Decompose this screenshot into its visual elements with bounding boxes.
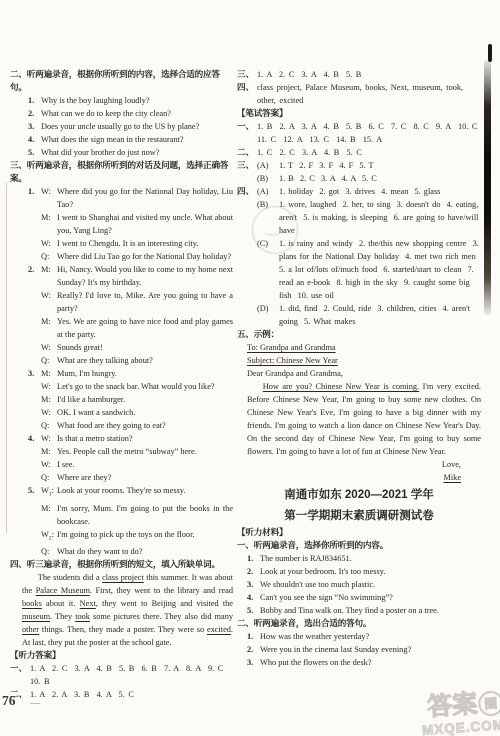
dialogue-line: M:I'm sorry, Mum. I'm going to put the b…	[28, 502, 233, 528]
line-text: 1. A 2. C 3. A 4. B 5. B	[257, 68, 481, 81]
line-text: Dear Grandpa and Grandma,	[247, 369, 343, 378]
item-marker: 2.	[247, 565, 260, 578]
line-text: What can we do to keep the city clean?	[41, 109, 171, 118]
item-marker	[28, 211, 41, 237]
item-marker	[237, 302, 257, 328]
line-text: Why is the boy laughing loudly?	[41, 96, 150, 105]
line-text: I'm sorry, Mum. I'm going to put the boo…	[57, 502, 233, 528]
watermark-brand: 答案 圈	[420, 690, 500, 721]
dialogue-line: W:OK. I want a sandwich.	[28, 406, 233, 419]
dialogue-line: M:Yes. We are going to have nice food an…	[28, 315, 233, 341]
answer-line: (B)1. wore, laughed 2. her, to sing 3. d…	[237, 198, 481, 237]
scanned-answer-page: 二、听两遍录音，根据你所听到的内容，选择合适的应答句。1.Why is the …	[0, 0, 500, 736]
line-text: Love,	[442, 460, 461, 469]
paper-title: 第一学期期末素质调研测试卷	[237, 507, 481, 526]
section-heading: 二、听两遍录音，选出合适的答句。	[237, 617, 481, 630]
line-text: What are they talking about?	[57, 356, 153, 365]
line-text: I'm going to pick up the toys on the flo…	[57, 528, 233, 546]
answer-line: 二、1. A 2. A 3. B 4. A 5. C	[10, 688, 233, 701]
line-text: Is that a metro station?	[57, 434, 133, 443]
letter-signature: Love,	[237, 458, 481, 471]
item-marker: 5.	[28, 484, 41, 502]
line-text: class project, Palace Museum, books, Nex…	[257, 83, 467, 105]
line-text: 1. B 2. C 3. A 4. A 5. C	[279, 174, 377, 183]
dialogue-line: Q:What food are they going to eat?	[28, 419, 233, 432]
line-text: class project	[102, 573, 144, 582]
speaker-label: W:	[41, 380, 57, 393]
speaker-label: M:	[41, 263, 57, 289]
dialogue-line: W:Really? I'd love to, Mike. Are you goi…	[28, 289, 233, 315]
item-marker	[28, 458, 41, 471]
line-text: 1. T 2. F 3. F 4. F 5. T	[279, 161, 374, 170]
speaker-label: W:	[41, 289, 57, 315]
line-text: Who put the flowers on the desk?	[260, 658, 372, 667]
dialogue-line: Q:Where did Liu Tao go for the National …	[28, 250, 233, 263]
line-text: Look at your bedroom. It's too messy.	[260, 565, 481, 578]
letter-signature: Mike	[237, 471, 481, 484]
line-text: 1. is rainy and windy 2. the/this new sh…	[279, 237, 481, 302]
line-text: Next	[80, 599, 96, 608]
line-text: OK. I want a sandwich.	[57, 406, 233, 419]
item-marker: 4.	[28, 133, 41, 146]
speaker-label: M:	[41, 315, 57, 341]
line-text: 1. wore, laughed 2. her, to sing 3. does…	[279, 198, 481, 237]
line-text: things. Then, they made a poster. They w…	[39, 625, 207, 634]
line-text: Where did you go for the National Day ho…	[57, 185, 233, 211]
dialogue-line: M:I went to Shanghai and visited my uncl…	[28, 211, 233, 237]
answer-line: 一、1. B 2. A 3. A 4. B 5. B 6. C 7. C 8. …	[237, 120, 481, 146]
line-text: museum	[22, 612, 50, 621]
line-text: 1. holiday 2. got 3. drives 4. mean 5. g…	[279, 187, 440, 196]
line-text: , they went to Beijing and visited the	[96, 599, 233, 608]
book-gutter-shadow	[484, 60, 491, 315]
answer-line: 三、(A)1. T 2. F 3. F 4. F 5. T	[237, 159, 481, 172]
line-text: I went to Chengdu. It is an interesting …	[57, 237, 233, 250]
paragraph: How are you? Chinese New Year is coming.…	[247, 380, 481, 458]
item-marker	[28, 406, 41, 419]
item-marker: 5.	[247, 604, 260, 617]
item-marker	[28, 354, 41, 367]
line-text: 1. B 2. A 3. A 4. B 5. B 6. C 7. C 8. C …	[257, 120, 481, 146]
dialogue-line: Q:What are they talking about?	[28, 354, 233, 367]
question-line: 3.Does your uncle usually go to the US b…	[28, 120, 233, 133]
line-text: . They	[50, 612, 75, 621]
line-text: I see.	[57, 458, 233, 471]
dialogue-line: 1.W:Where did you go for the National Da…	[28, 185, 233, 211]
line-text: Where are they?	[57, 471, 233, 484]
answer-line: (D)1. did, find 2. Could, ride 3. childr…	[237, 302, 481, 328]
line-text: 二、听两遍录音，选出合适的答句。	[237, 618, 371, 628]
line-text: Does your uncle usually go to the US by …	[41, 120, 233, 133]
page-left-edge-line	[6, 183, 7, 533]
watermark-circle-icon: 圈	[478, 690, 500, 717]
item-marker: 3.	[247, 578, 260, 591]
letter-meta-line: To: Grandpa and Grandma	[247, 341, 481, 354]
answer-line: 一、1. A 2. C 3. A 4. B 5. B 6. B 7. A 8. …	[10, 662, 233, 688]
line-text: What do they want to do?	[57, 545, 233, 558]
speaker-label: Q:	[41, 471, 57, 484]
line-text: Does your uncle usually go to the US by …	[41, 122, 199, 131]
speaker-label: W2:	[41, 528, 57, 546]
answer-line: 四、(A)1. holiday 2. got 3. drives 4. mean…	[237, 185, 481, 198]
item-marker	[28, 393, 41, 406]
sub-marker: (A)	[257, 185, 279, 198]
line-text: The number is RAJ834651.	[260, 552, 481, 565]
line-text: I'd like a hamburger.	[57, 395, 125, 404]
line-text: I'm going to pick up the toys on the flo…	[57, 530, 194, 539]
line-text: Let's go to the snack bar. What would yo…	[57, 382, 215, 391]
line-text: Look at your bedroom. It's too messy.	[260, 567, 385, 576]
line-text: We shouldn't use too much plastic.	[260, 580, 375, 589]
section-heading: 【听力材料】	[237, 526, 481, 539]
letter-salutation: Dear Grandpa and Grandma,	[247, 367, 481, 380]
line-text: The number is RAJ834651.	[260, 554, 352, 563]
left-column: 二、听两遍录音，根据你所听到的内容，选择合适的应答句。1.Why is the …	[10, 68, 233, 701]
item-marker: 5.	[28, 146, 41, 159]
question-line: 3.We shouldn't use too much plastic.	[247, 578, 481, 591]
item-marker	[28, 250, 41, 263]
paragraph: The students did a class project this su…	[22, 571, 233, 649]
sub-marker: (A)	[257, 159, 279, 172]
speaker-label: W:	[41, 237, 57, 250]
line-text: The students did a	[38, 573, 102, 582]
line-text: some pictures there. They also did many	[90, 612, 233, 621]
speaker-label: M:	[41, 211, 57, 237]
line-text: 1. did, find 2. Could, ride 3. children,…	[279, 302, 481, 328]
line-text: 【听力答案】	[10, 650, 60, 660]
line-text: Really? I'd love to, Mike. Are you going…	[57, 291, 233, 313]
line-text: Mum, I'm hungry.	[57, 369, 117, 378]
line-text: Bobby and Tina walk on. They find a post…	[260, 606, 439, 615]
watermark: 答案 圈 MXQE.COM	[420, 690, 500, 736]
line-text: Sounds great!	[57, 343, 103, 352]
line-text: Yes. We are going to have nice food and …	[57, 317, 233, 339]
line-text: 二、听两遍录音，根据你所听到的内容，选择合适的应答句。	[10, 69, 220, 92]
section-heading: 三、听两遍录音，根据你所听到的对话及问题，选择正确答案。	[10, 159, 233, 185]
line-text: I'm very excited. Before Chinese New Yea…	[247, 382, 481, 456]
line-text: Look at your rooms. They're so messy.	[57, 484, 233, 502]
item-marker	[28, 315, 41, 341]
answer-line: 二、1. C 2. C 3. A 4. B 5. C	[237, 146, 481, 159]
item-marker: 三、	[237, 159, 257, 172]
question-line: 1.The number is RAJ834651.	[247, 552, 481, 565]
speaker-label: M:	[41, 445, 57, 458]
item-marker: 2.	[28, 263, 41, 289]
line-text: 1. C 2. C 3. A 4. B 5. C	[257, 148, 362, 157]
right-column: 三、1. A 2. C 3. A 4. B 5. B四、class projec…	[237, 68, 481, 669]
line-text: Mum, I'm hungry.	[57, 367, 233, 380]
dialogue-line: M:Yes. People call the metro “subway” he…	[28, 445, 233, 458]
line-text: 1. is rainy and windy 2. the/this new sh…	[279, 239, 482, 300]
item-marker	[28, 380, 41, 393]
speaker-label: W:	[41, 458, 57, 471]
item-marker: 1.	[247, 552, 260, 565]
item-marker	[28, 237, 41, 250]
line-text: 1. wore, laughed 2. her, to sing 3. does…	[279, 200, 482, 235]
dialogue-line: W2:I'm going to pick up the toys on the …	[28, 528, 233, 546]
dialogue-line: W:Let's go to the snack bar. What would …	[28, 380, 233, 393]
line-text: took	[75, 612, 90, 621]
line-text: Were you in the cinema last Sunday eveni…	[260, 643, 481, 656]
line-text: What are they talking about?	[57, 354, 233, 367]
section-heading: 一、听两遍录音，选择你所听到的内容。	[237, 539, 481, 552]
line-text: How was the weather yesterday?	[260, 632, 369, 641]
answer-line: 四、class project, Palace Museum, books, N…	[237, 81, 481, 107]
question-line: 5.Bobby and Tina walk on. They find a po…	[247, 604, 481, 617]
item-marker: 一、	[237, 120, 257, 146]
line-text: 四、听三遍录音，根据你所听到的短文，填入所缺单词。	[10, 559, 220, 569]
line-text: 1. A 2. C 3. A 4. B 5. B 6. B 7. A 8. A …	[30, 664, 231, 686]
item-marker: 2.	[247, 643, 260, 656]
line-text: Subject: Chinese New Year	[247, 356, 338, 365]
item-marker	[28, 289, 41, 315]
item-marker: 四、	[237, 81, 257, 107]
page-number-dash: —	[30, 698, 40, 709]
page-number: 76	[2, 693, 16, 709]
speaker-label: M:	[41, 502, 57, 528]
dialogue-line: 3.M:Mum, I'm hungry.	[28, 367, 233, 380]
line-text: Were you in the cinema last Sunday eveni…	[260, 645, 411, 654]
line-text: 1. B 2. C 3. A 4. A 5. C	[279, 172, 481, 185]
line-text: What can we do to keep the city clean?	[41, 107, 233, 120]
answer-line: (B)1. B 2. C 3. A 4. A 5. C	[237, 172, 481, 185]
line-text: other	[22, 625, 39, 634]
line-text: Yes. People call the metro “subway” here…	[57, 445, 233, 458]
line-text: excited	[207, 625, 231, 634]
item-marker: 1.	[28, 94, 41, 107]
speaker-label: W1:	[41, 484, 57, 502]
speaker-label: W:	[41, 432, 57, 445]
line-text: Where are they?	[57, 473, 111, 482]
question-line: 2.Look at your bedroom. It's too messy.	[247, 565, 481, 578]
item-marker	[28, 545, 41, 558]
line-text: How are you? Chinese New Year is coming.	[263, 382, 419, 391]
speaker-label: Q:	[41, 545, 57, 558]
dialogue-line: Q:Where are they?	[28, 471, 233, 484]
item-marker	[28, 445, 41, 458]
line-text: 【听力材料】	[237, 527, 287, 537]
line-text: What did your brother do just now?	[41, 146, 233, 159]
sub-marker: (C)	[257, 237, 279, 302]
line-text: OK. I want a sandwich.	[57, 408, 135, 417]
item-marker: 3.	[28, 120, 41, 133]
line-text: 【笔试答案】	[237, 108, 287, 118]
speaker-label: Q:	[41, 419, 57, 432]
line-text: I see.	[57, 460, 75, 469]
question-line: 1.How was the weather yesterday?	[247, 630, 481, 643]
section-heading: 五、示例：	[237, 328, 481, 341]
speaker-label: M:	[41, 367, 57, 380]
sub-marker: (B)	[257, 172, 279, 185]
line-text: I went to Shanghai and visited my uncle.…	[57, 211, 233, 237]
answer-line: 三、1. A 2. C 3. A 4. B 5. B	[237, 68, 481, 81]
item-marker	[237, 172, 257, 185]
line-text: Where did you go for the National Day ho…	[57, 187, 233, 209]
line-text: 五、示例：	[237, 329, 279, 339]
line-text: 1. holiday 2. got 3. drives 4. mean 5. g…	[279, 185, 481, 198]
line-text: 1. B 2. A 3. A 4. B 5. B 6. C 7. C 8. C …	[257, 122, 485, 144]
line-text: Bobby and Tina walk on. They find a post…	[260, 604, 481, 617]
line-text: Can't you see the sign “No swimming”?	[260, 593, 393, 602]
line-text: about it.	[42, 599, 80, 608]
line-text: Where did Liu Tao go for the National Da…	[57, 252, 231, 261]
question-line: 4.Can't you see the sign “No swimming”?	[247, 591, 481, 604]
section-heading: 二、听两遍录音，根据你所听到的内容，选择合适的应答句。	[10, 68, 233, 94]
line-text: 1. A 2. C 3. A 4. B 5. B	[257, 70, 361, 79]
question-line: 4.What does the sign mean in the restaur…	[28, 133, 233, 146]
line-text: Let's go to the snack bar. What would yo…	[57, 380, 233, 393]
line-text: 一、听两遍录音，选择你所听到的内容。	[237, 540, 388, 550]
line-text: I'm sorry, Mum. I'm going to put the boo…	[57, 504, 233, 526]
question-line: 1.Why is the boy laughing loudly?	[28, 94, 233, 107]
line-text: What food are they going to eat?	[57, 419, 233, 432]
item-marker	[28, 341, 41, 354]
line-text: 1. C 2. C 3. A 4. B 5. C	[257, 146, 481, 159]
item-marker: 三、	[237, 68, 257, 81]
dialogue-line: W:Sounds great!	[28, 341, 233, 354]
item-marker	[28, 502, 41, 528]
dialogue-line: 4.W:Is that a metro station?	[28, 432, 233, 445]
line-text: What does the sign mean in the restauran…	[41, 133, 233, 146]
line-text: I went to Chengdu. It is an interesting …	[57, 239, 198, 248]
line-text: We shouldn't use too much plastic.	[260, 578, 481, 591]
item-marker: 3.	[247, 656, 260, 669]
line-text: Really? I'd love to, Mike. Are you going…	[57, 289, 233, 315]
line-text: . First, they went to the library and re…	[90, 586, 233, 595]
line-text: Yes. People call the metro “subway” here…	[57, 447, 197, 456]
line-text: Look at your rooms. They're so messy.	[57, 486, 185, 495]
line-text: 1. A 2. A 3. B 4. A 5. C	[30, 690, 134, 699]
section-heading: 【笔试答案】	[237, 107, 481, 120]
line-text: Why is the boy laughing loudly?	[41, 94, 233, 107]
item-marker: 2.	[28, 107, 41, 120]
item-marker	[28, 528, 41, 546]
line-text: Where did Liu Tao go for the National Da…	[57, 250, 233, 263]
line-text: 三、听两遍录音，根据你所听到的对话及问题，选择正确答案。	[10, 160, 228, 183]
question-line: 3.Who put the flowers on the desk?	[247, 656, 481, 669]
line-text: Sounds great!	[57, 341, 233, 354]
line-text: What does the sign mean in the restauran…	[41, 135, 184, 144]
item-marker: 1.	[247, 630, 260, 643]
question-line: 2.Were you in the cinema last Sunday eve…	[247, 643, 481, 656]
line-text: Is that a metro station?	[57, 432, 233, 445]
line-text: Who put the flowers on the desk?	[260, 656, 481, 669]
line-text: What do they want to do?	[57, 547, 142, 556]
line-text: What did your brother do just now?	[41, 148, 159, 157]
item-marker	[28, 419, 41, 432]
line-text: I'd like a hamburger.	[57, 393, 233, 406]
item-marker: 1.	[28, 185, 41, 211]
line-text: 1. A 2. A 3. B 4. A 5. C	[30, 688, 233, 701]
line-text: To: Grandpa and Grandma	[247, 343, 336, 352]
line-text: Can't you see the sign “No swimming”?	[260, 591, 481, 604]
item-marker: 3.	[28, 367, 41, 380]
line-text: Hi, Nancy. Would you like to come to my …	[57, 263, 233, 289]
sub-marker: (B)	[257, 198, 279, 237]
line-text: Palace Museum	[36, 586, 90, 595]
dialogue-line: W:I went to Chengdu. It is an interestin…	[28, 237, 233, 250]
line-text: 1. T 2. F 3. F 4. F 5. T	[279, 159, 481, 172]
dialogue-line: 5.W1:Look at your rooms. They're so mess…	[28, 484, 233, 502]
dialogue-line: Q:What do they want to do?	[28, 545, 233, 558]
line-text: Mike	[443, 473, 461, 482]
item-marker	[237, 237, 257, 302]
speaker-label: W:	[41, 185, 57, 211]
item-marker: 四、	[237, 185, 257, 198]
line-text: 1. did, find 2. Could, ride 3. children,…	[279, 304, 473, 326]
section-heading: 【听力答案】	[10, 649, 233, 662]
line-text: class project, Palace Museum, books, Nex…	[257, 81, 481, 107]
line-text: books	[22, 599, 42, 608]
line-text: I went to Shanghai and visited my uncle.…	[57, 213, 233, 235]
sub-marker: (D)	[257, 302, 279, 328]
item-marker: 一、	[10, 662, 30, 688]
item-marker: 4.	[247, 591, 260, 604]
line-text: Yes. We are going to have nice food and …	[57, 315, 233, 341]
question-line: 5.What did your brother do just now?	[28, 146, 233, 159]
line-text: 1. A 2. C 3. A 4. B 5. B 6. B 7. A 8. A …	[30, 662, 233, 688]
line-text: 第一学期期末素质调研测试卷	[284, 510, 434, 522]
line-text: What food are they going to eat?	[57, 421, 166, 430]
line-text: 南通市如东 2020—2021 学年	[284, 489, 434, 501]
item-marker: 4.	[28, 432, 41, 445]
watermark-brand-text: 答案	[427, 691, 479, 719]
section-heading: 四、听三遍录音，根据你所听到的短文，填入所缺单词。	[10, 558, 233, 571]
speaker-label: W:	[41, 406, 57, 419]
item-marker	[237, 198, 257, 237]
paper-title: 南通市如东 2020—2021 学年	[237, 486, 481, 505]
dialogue-line: 2.M:Hi, Nancy. Would you like to come to…	[28, 263, 233, 289]
line-text: Hi, Nancy. Would you like to come to my …	[57, 265, 233, 287]
item-marker: 二、	[237, 146, 257, 159]
line-text: How was the weather yesterday?	[260, 630, 481, 643]
speaker-label: M:	[41, 393, 57, 406]
dialogue-line: M:I'd like a hamburger.	[28, 393, 233, 406]
dialogue-line: W:I see.	[28, 458, 233, 471]
answer-line: (C)1. is rainy and windy 2. the/this new…	[237, 237, 481, 302]
letter-meta-line: Subject: Chinese New Year	[247, 354, 481, 367]
speaker-label: Q:	[41, 354, 57, 367]
speaker-label: W:	[41, 341, 57, 354]
question-line: 2.What can we do to keep the city clean?	[28, 107, 233, 120]
item-marker	[28, 471, 41, 484]
speaker-label: Q:	[41, 250, 57, 263]
